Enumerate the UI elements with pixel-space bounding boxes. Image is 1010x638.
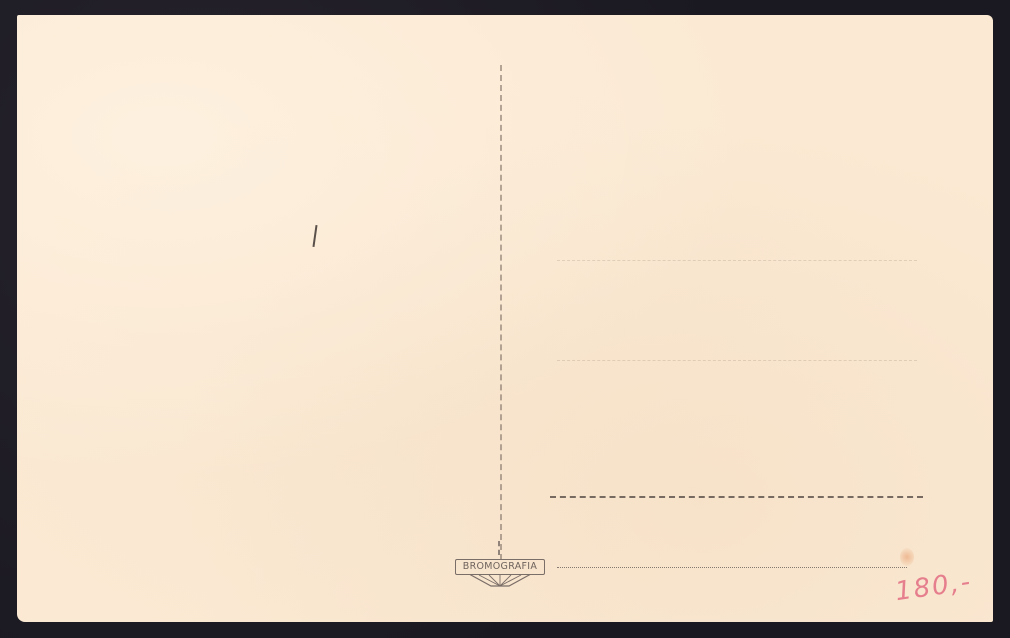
address-line-2 [557, 360, 917, 361]
sunburst-icon [469, 574, 531, 587]
price-annotation: 180,- [893, 567, 974, 607]
logo-text: BROMOGRAFIA [455, 559, 545, 575]
ink-mark [312, 225, 317, 247]
center-divider-line [500, 65, 502, 560]
bromografia-logo: BROMOGRAFIA [455, 555, 547, 589]
divider-tail [498, 541, 502, 555]
foxing-stain [900, 548, 914, 566]
address-line-4 [557, 567, 907, 568]
postcard-back: BROMOGRAFIA 180,- [17, 15, 993, 622]
address-line-1 [557, 260, 917, 261]
address-line-3 [550, 496, 923, 498]
